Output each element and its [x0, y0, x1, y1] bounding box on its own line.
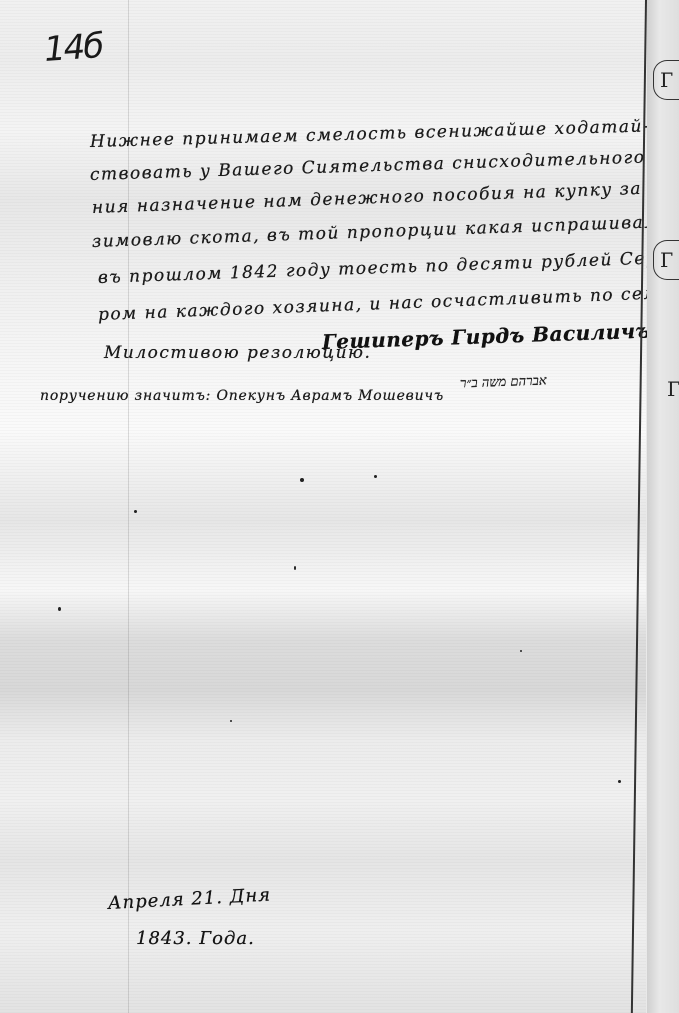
scan-speck	[618, 780, 621, 783]
body-line-2: ствовать у Вашего Сиятельства снисходите…	[90, 145, 679, 185]
hebrew-signature: אברהם משה ב״ר	[460, 372, 547, 391]
date-year: 1843. Года.	[136, 928, 255, 949]
scan-speck	[374, 475, 377, 478]
scan-speck	[134, 510, 137, 513]
folio-number: 14б	[43, 26, 104, 70]
scan-speck	[300, 478, 304, 482]
body-line-3: ния назначение нам денежного пособия на …	[92, 179, 643, 218]
scan-speck	[520, 650, 522, 652]
fold-line	[128, 0, 129, 1013]
by-request-line: поручению значитъ: Опекунъ Аврамъ Мошеви…	[40, 388, 444, 404]
adjacent-page-mark: Г	[653, 60, 679, 100]
scan-speck	[230, 720, 232, 722]
adjacent-page-mark: Г	[653, 240, 679, 280]
body-line-6: ром на каждого хозяина, и нас осчастливи…	[98, 283, 671, 325]
scan-speck	[294, 566, 296, 570]
body-line-5: въ прошлом 1842 году тоесть по десяти ру…	[98, 247, 679, 288]
scan-speck	[58, 607, 61, 611]
adjacent-page: Г Г Г	[647, 0, 679, 1013]
adjacent-page-mark: Г	[653, 370, 679, 410]
body-line-1: Нижнее принимаем смелость всенижайше ход…	[90, 116, 651, 152]
body-line-4: зимовлю скота, въ той пропорции какая ис…	[92, 211, 679, 252]
date-day-month: Апреля 21. Дня	[107, 884, 271, 914]
scanned-page: 14б Нижнее принимаем смелость всенижайше…	[0, 0, 646, 1013]
petitioner-signature: Гешиперъ Гирдъ Василичъ	[322, 319, 651, 354]
